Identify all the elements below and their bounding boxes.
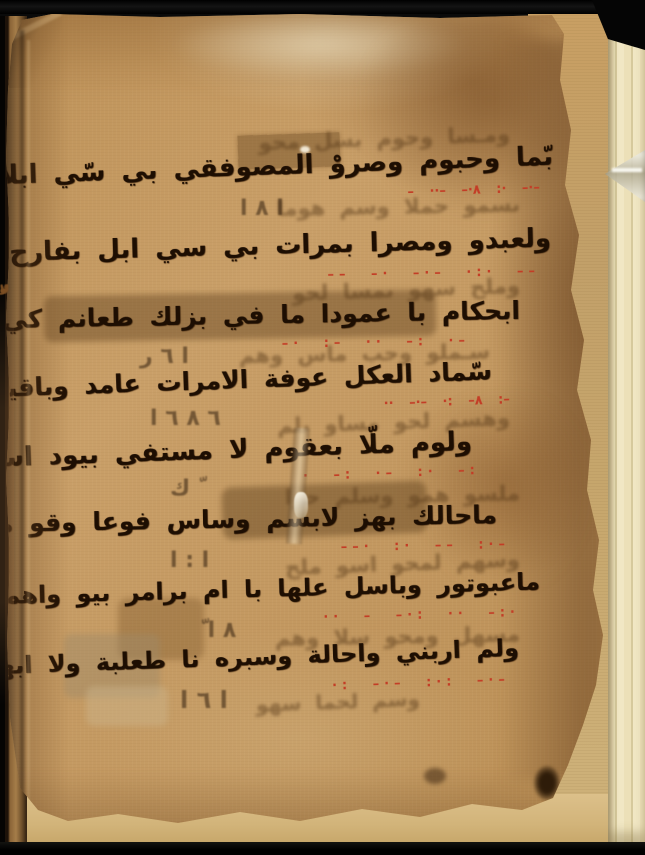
gutter-crease-line	[20, 30, 24, 820]
binding-board-top	[0, 0, 645, 14]
manuscript-photo: ومـسا وحوم بسل محو ىسمو حملا وسم هوما وم…	[0, 0, 645, 855]
gutter-ridge-highlight	[27, 40, 30, 810]
faded-under-marks: ٦ ٨ ٦ ا	[150, 406, 221, 431]
faded-under-marks: ّ ك	[170, 476, 198, 501]
manuscript-page: ومـسا وحوم بسل محو ىسمو حملا وسم هوما وم…	[0, 0, 645, 855]
faded-under-marks: ا ٦ ر	[140, 344, 189, 369]
book-fore-edge-pages	[608, 24, 645, 846]
edge-fragment-glyph: ل	[0, 285, 9, 295]
faded-under-marks: ا : ا	[170, 548, 209, 573]
binding-board-bottom	[0, 842, 645, 855]
faded-under-marks: ا ٦ ا	[180, 686, 228, 714]
smudge-bottom-center	[424, 768, 446, 784]
faded-under-marks: ٨ ا ّ	[200, 618, 236, 643]
facing-page-edge-fragments: ك لا ر و با ل	[0, 285, 14, 705]
glass-highlight	[612, 168, 642, 172]
faded-under-marks: ا ٨ ا	[240, 196, 284, 221]
repair-glue-glint	[294, 492, 308, 518]
